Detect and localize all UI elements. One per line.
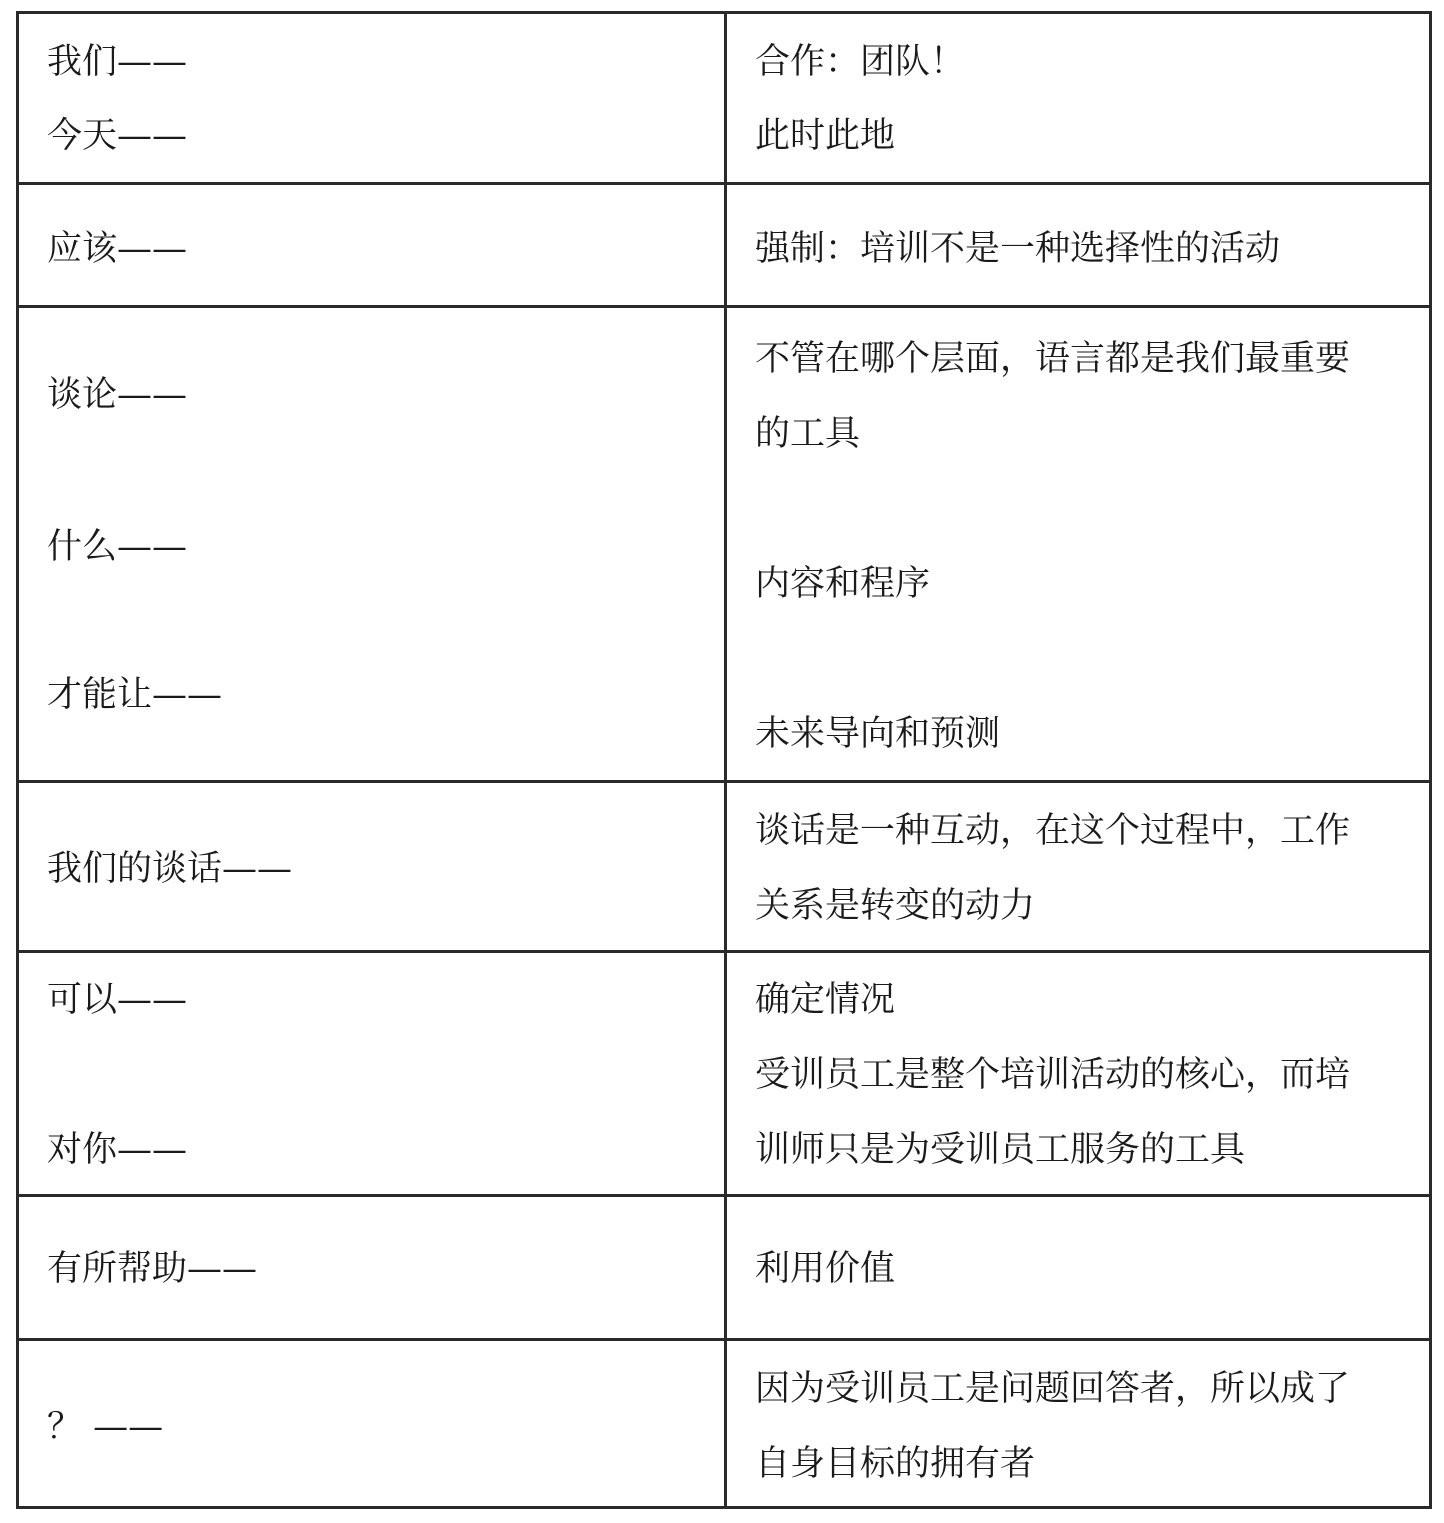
left-text: 对你——: [47, 1130, 187, 1170]
left-cell: ？ ——: [19, 1341, 724, 1506]
table-row: 可以—— 对你—— 确定情况 受训员工是整个培训活动的核心，而培 训师只是为受训…: [19, 950, 1429, 1194]
left-text: 有所帮助——: [47, 1249, 257, 1289]
right-cell: 因为受训员工是问题回答者，所以成了 自身目标的拥有者: [727, 1341, 1429, 1506]
right-text: 受训员工是整个培训活动的核心，而培: [755, 1055, 1350, 1095]
table-row: 应该—— 强制：培训不是一种选择性的活动: [19, 182, 1429, 305]
left-text: ？ ——: [47, 1407, 163, 1447]
right-text: 此时此地: [755, 116, 895, 156]
right-text: 确定情况: [755, 980, 895, 1020]
right-cell: 利用价值: [727, 1197, 1429, 1338]
left-cell: 我们的谈话——: [19, 783, 724, 950]
table-row: 我们的谈话—— 谈话是一种互动，在这个过程中，工作 关系是转变的动力: [19, 780, 1429, 950]
left-text: 我们的谈话——: [47, 849, 292, 889]
table-row: 谈论—— 什么—— 才能让—— 不管在哪个层面，语言都是我们最重要 的工具 内容…: [19, 305, 1429, 780]
left-cell: 我们—— 今天——: [19, 14, 724, 185]
table-row: 我们—— 今天—— 合作：团队！ 此时此地: [19, 14, 1429, 185]
left-cell: 应该——: [19, 185, 724, 305]
right-text: 谈话是一种互动，在这个过程中，工作: [755, 811, 1350, 851]
right-text: 内容和程序: [755, 564, 930, 604]
left-text: 应该——: [47, 229, 187, 269]
left-text: 我们——: [47, 42, 187, 82]
right-cell: 谈话是一种互动，在这个过程中，工作 关系是转变的动力: [727, 783, 1429, 950]
table-row: 有所帮助—— 利用价值: [19, 1194, 1429, 1338]
left-text: 谈论——: [47, 375, 187, 415]
right-text: 利用价值: [755, 1249, 895, 1289]
left-text: 什么——: [47, 527, 187, 567]
left-cell: 谈论—— 什么—— 才能让——: [19, 308, 724, 780]
table-row: ？ —— 因为受训员工是问题回答者，所以成了 自身目标的拥有者: [19, 1338, 1429, 1506]
right-text: 因为受训员工是问题回答者，所以成了: [755, 1369, 1350, 1409]
left-text: 今天——: [47, 116, 187, 156]
left-text: 可以——: [47, 980, 187, 1020]
right-text: 训师只是为受训员工服务的工具: [755, 1130, 1245, 1170]
right-text: 合作：团队！: [755, 42, 965, 82]
right-cell: 合作：团队！ 此时此地: [727, 14, 1429, 185]
right-cell: 不管在哪个层面，语言都是我们最重要 的工具 内容和程序 未来导向和预测: [727, 308, 1429, 780]
right-text: 不管在哪个层面，语言都是我们最重要: [755, 339, 1350, 379]
two-column-table: 我们—— 今天—— 合作：团队！ 此时此地 应该—— 强制：培训不是一种选择性的…: [16, 11, 1432, 1509]
right-text: 关系是转变的动力: [755, 886, 1035, 926]
right-cell: 确定情况 受训员工是整个培训活动的核心，而培 训师只是为受训员工服务的工具: [727, 953, 1429, 1194]
right-text: 自身目标的拥有者: [755, 1444, 1035, 1484]
right-text: 未来导向和预测: [755, 714, 1000, 754]
left-cell: 可以—— 对你——: [19, 953, 724, 1194]
right-text: 的工具: [755, 414, 860, 454]
left-text: 才能让——: [47, 675, 222, 715]
right-text: 强制：培训不是一种选择性的活动: [755, 229, 1280, 269]
left-cell: 有所帮助——: [19, 1197, 724, 1338]
right-cell: 强制：培训不是一种选择性的活动: [727, 185, 1429, 305]
